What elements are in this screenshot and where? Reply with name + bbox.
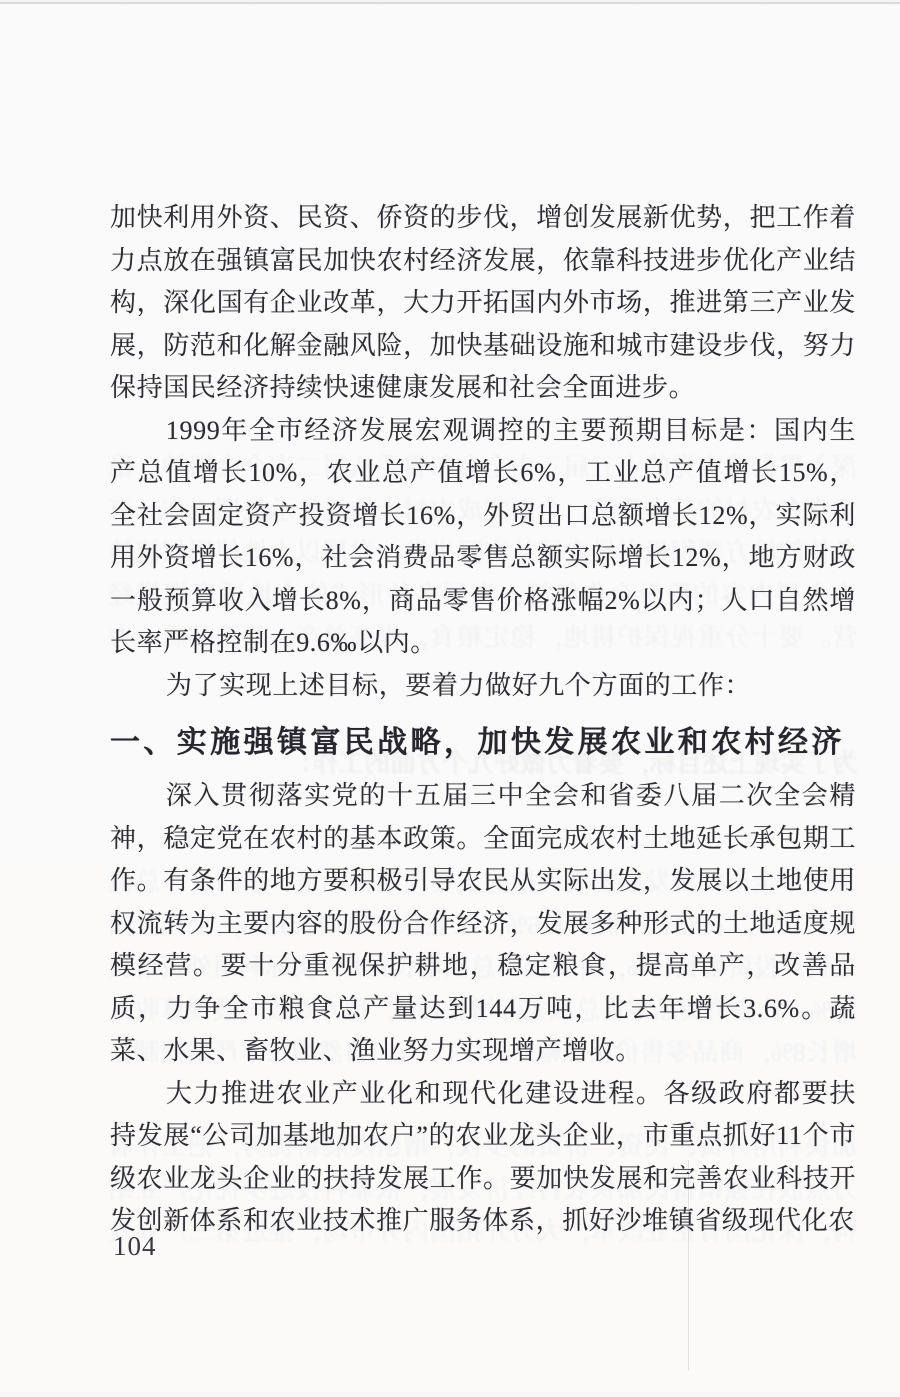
scanned-page: { "content": { "blocks": [ { "text": "加快… [0,0,900,1397]
page-body: 加快利用外资、民资、侨资的步伐，增创发展新优势，把工作着力点放在强镇富民加快农村… [110,197,856,1243]
paragraph: 深入贯彻落实党的十五届三中全会和省委八届二次全会精神，稳定党在农村的基本政策。全… [110,775,856,1073]
paragraph: 1999年全市经济发展宏观调控的主要预期目标是：国内生产总值增长10%，农业总产… [110,410,856,665]
page-number: 104 [113,1230,157,1262]
scan-edge [0,2,900,4]
paragraph: 加快利用外资、民资、侨资的步伐，增创发展新优势，把工作着力点放在强镇富民加快农村… [110,197,856,410]
paragraph: 为了实现上述目标，要着力做好九个方面的工作： [110,665,856,708]
section-heading: 一、实施强镇富民战略，加快发展农业和农村经济 [110,721,856,765]
paragraph: 大力推进农业产业化和现代化建设进程。各级政府都要扶持发展“公司加基地加农户”的农… [110,1073,856,1243]
